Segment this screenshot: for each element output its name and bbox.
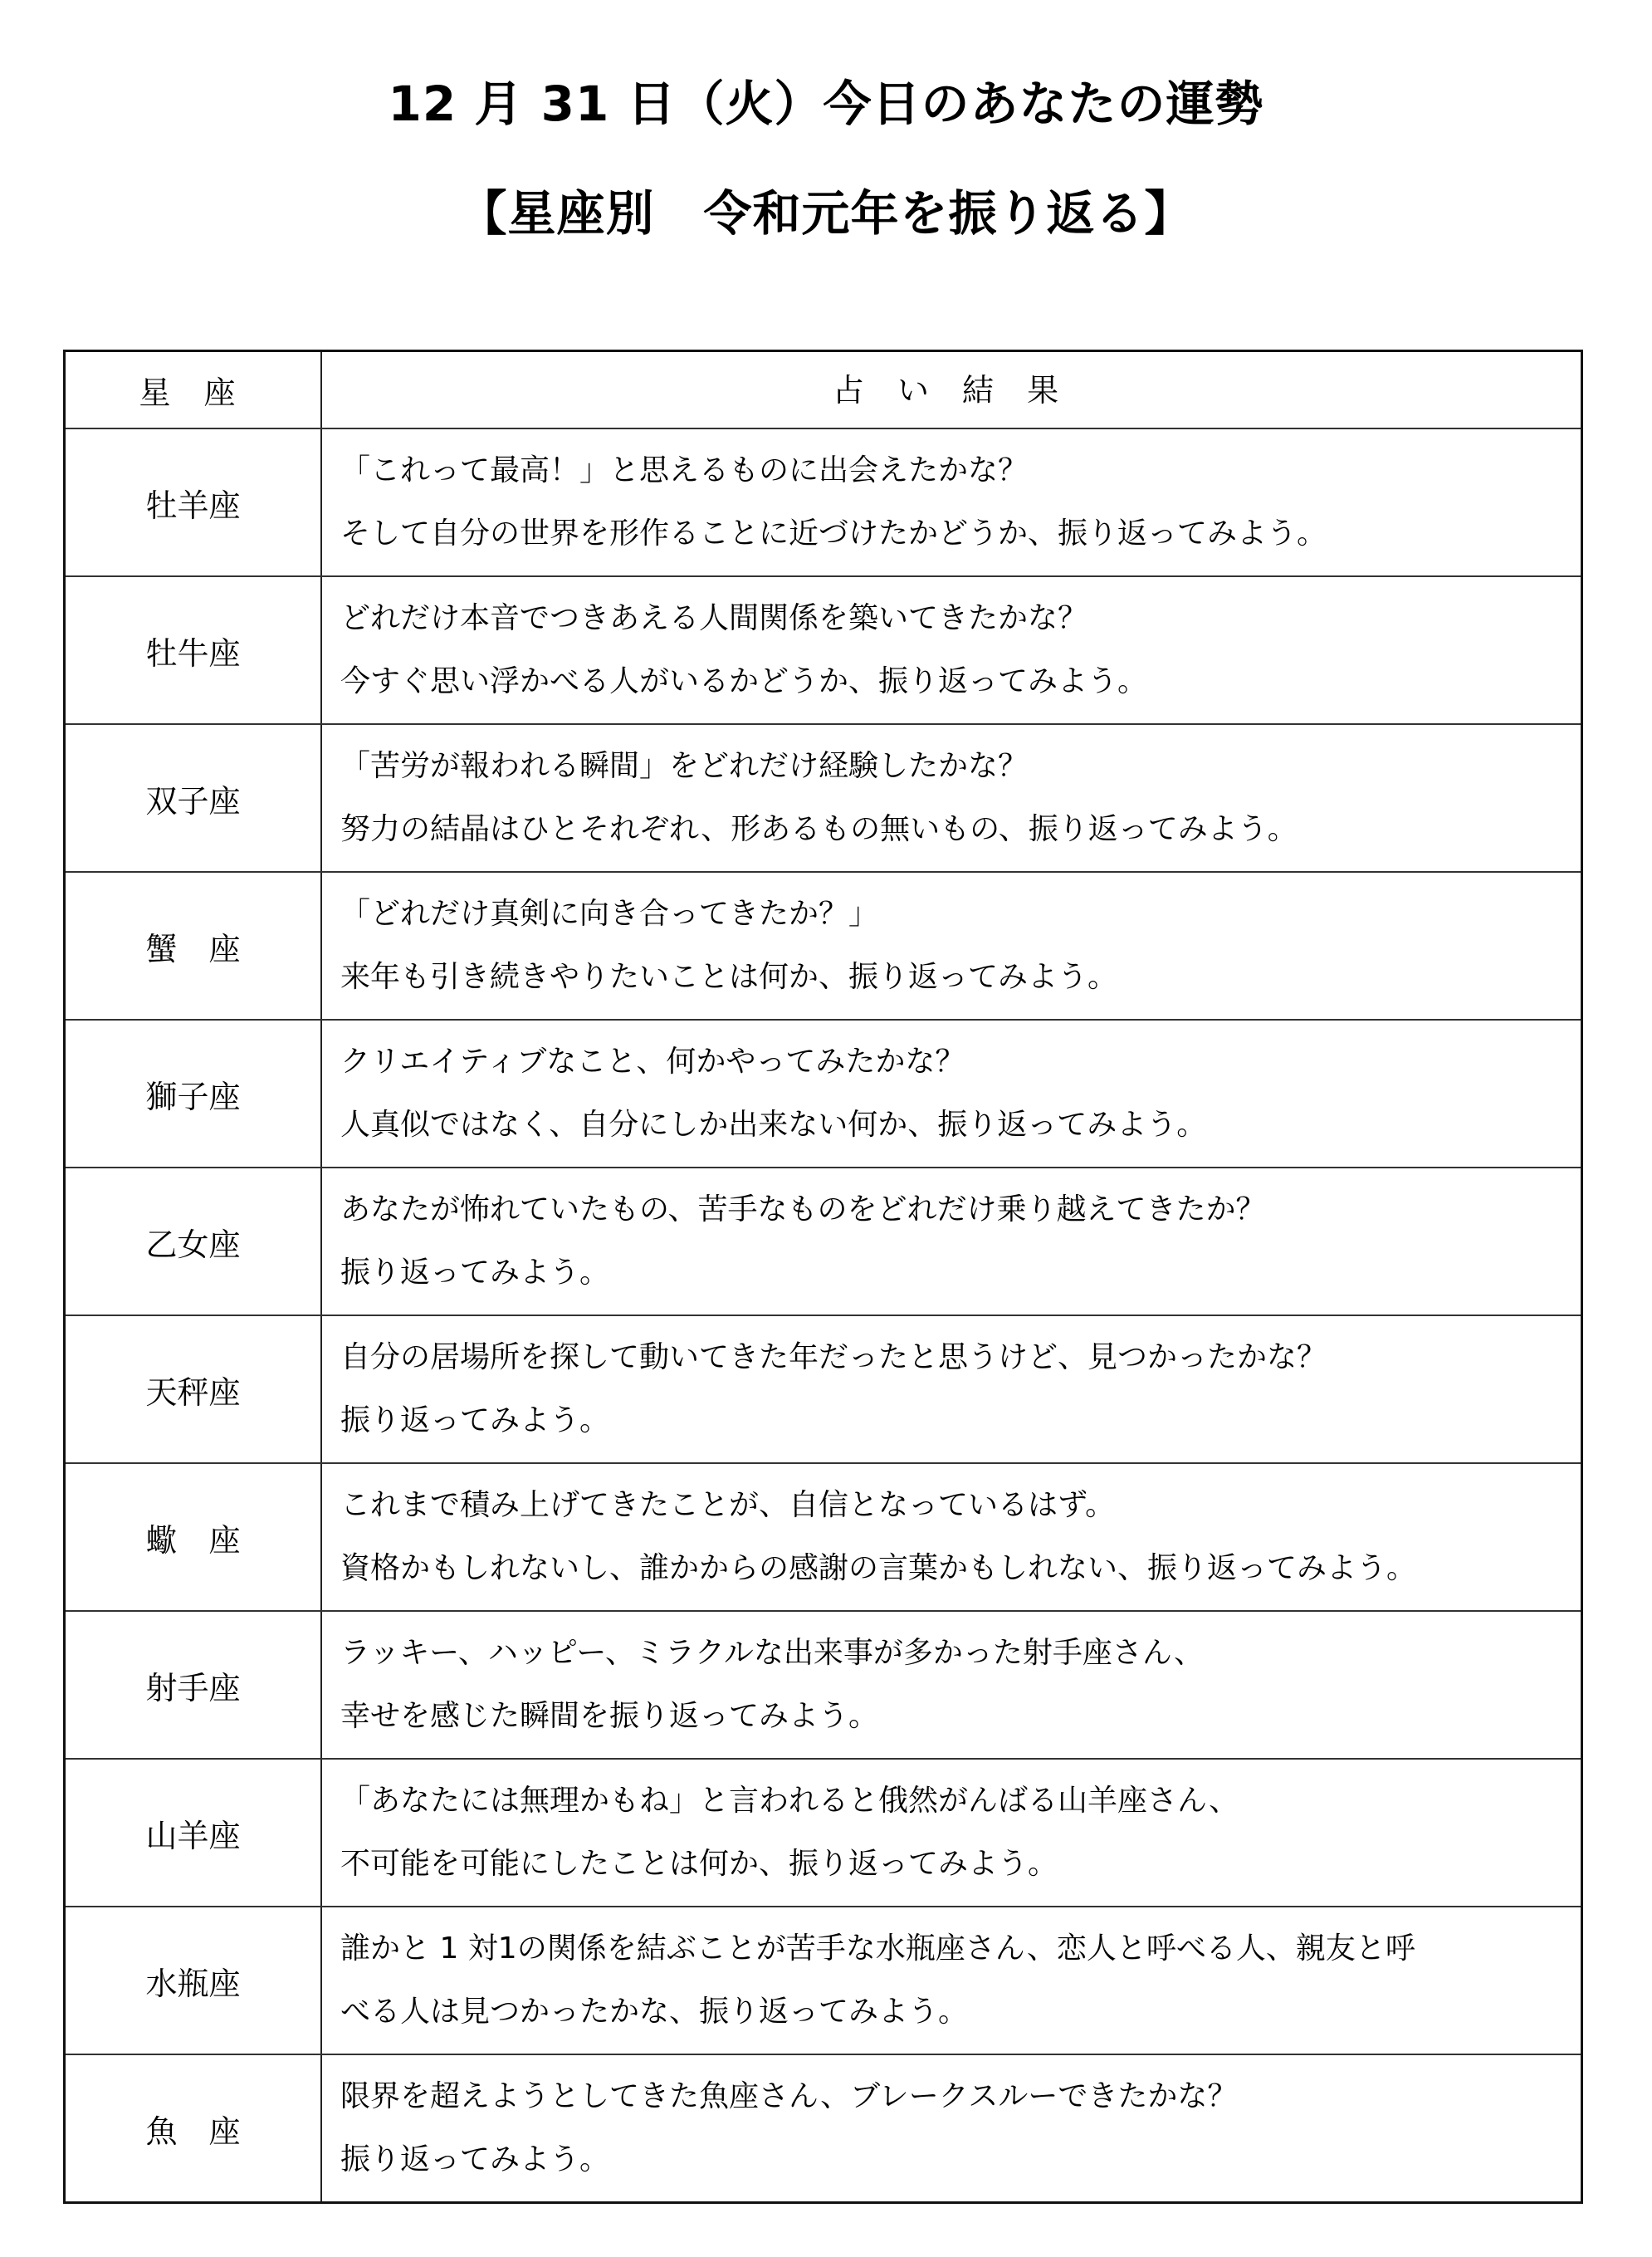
table-row: 牡牛座 どれだけ本音でつきあえる人間関係を築いてきたかな？ 今すぐ思い浮かべる人… — [66, 575, 1581, 723]
result-line: 自分の居場所を探して動いてきた年だったと思うけど、見つかったかな？ — [340, 1326, 1581, 1389]
column-header-sign: 星 座 — [66, 352, 322, 428]
fortune-table: 星 座 占 い 結 果 牡羊座 「これって最高！」と思えるものに出会えたかな？ … — [63, 350, 1583, 2204]
table-row: 天秤座 自分の居場所を探して動いてきた年だったと思うけど、見つかったかな？ 振り… — [66, 1315, 1581, 1462]
result-cell: 「苦労が報われる瞬間」をどれだけ経験したかな？ 努力の結晶はひとそれぞれ、形ある… — [322, 725, 1581, 871]
column-header-result: 占 い 結 果 — [322, 352, 1581, 428]
result-line: 振り返ってみよう。 — [340, 1241, 1581, 1305]
result-line: 資格かもしれないし、誰かからの感謝の言葉かもしれない、振り返ってみよう。 — [340, 1537, 1581, 1600]
table-row: 獅子座 クリエイティブなこと、何かやってみたかな？ 人真似ではなく、自分にしか出… — [66, 1019, 1581, 1167]
table-row: 牡羊座 「これって最高！」と思えるものに出会えたかな？ そして自分の世界を形作る… — [66, 428, 1581, 575]
result-cell: ラッキー、ハッピー、ミラクルな出来事が多かった射手座さん、 幸せを感じた瞬間を振… — [322, 1612, 1581, 1758]
table-row: 水瓶座 誰かと 1 対1の関係を結ぶことが苦手な水瓶座さん、恋人と呼べる人、親友… — [66, 1906, 1581, 2054]
sign-cell: 蟹 座 — [66, 873, 322, 1019]
result-line: 「どれだけ真剣に向き合ってきたか？」 — [340, 883, 1581, 946]
result-line: 「苦労が報われる瞬間」をどれだけ経験したかな？ — [340, 735, 1581, 798]
result-line: 人真似ではなく、自分にしか出来ない何か、振り返ってみよう。 — [340, 1094, 1581, 1157]
sign-cell: 天秤座 — [66, 1316, 322, 1462]
sign-cell: 牡牛座 — [66, 577, 322, 723]
result-line: クリエイティブなこと、何かやってみたかな？ — [340, 1031, 1581, 1094]
result-line: どれだけ本音でつきあえる人間関係を築いてきたかな？ — [340, 587, 1581, 650]
result-cell: クリエイティブなこと、何かやってみたかな？ 人真似ではなく、自分にしか出来ない何… — [322, 1021, 1581, 1167]
result-line: あなたが怖れていたもの、苦手なものをどれだけ乗り越えてきたか？ — [340, 1178, 1581, 1241]
page-subtitle: 【星座別 令和元年を振り返る】 — [0, 176, 1652, 251]
result-line: 幸せを感じた瞬間を振り返ってみよう。 — [340, 1685, 1581, 1748]
table-row: 魚 座 限界を超えようとしてきた魚座さん、ブレークスルーできたかな？ 振り返って… — [66, 2054, 1581, 2201]
result-line: 「これって最高！」と思えるものに出会えたかな？ — [340, 439, 1581, 502]
sign-cell: 水瓶座 — [66, 1907, 322, 2054]
result-line: 限界を超えようとしてきた魚座さん、ブレークスルーできたかな？ — [340, 2065, 1581, 2128]
result-line: 来年も引き続きやりたいことは何か、振り返ってみよう。 — [340, 946, 1581, 1009]
result-cell: 限界を超えようとしてきた魚座さん、ブレークスルーできたかな？ 振り返ってみよう。 — [322, 2055, 1581, 2201]
result-line: 振り返ってみよう。 — [340, 2128, 1581, 2191]
result-cell: 自分の居場所を探して動いてきた年だったと思うけど、見つかったかな？ 振り返ってみ… — [322, 1316, 1581, 1462]
result-cell: 誰かと 1 対1の関係を結ぶことが苦手な水瓶座さん、恋人と呼べる人、親友と呼 べ… — [322, 1907, 1581, 2054]
result-line: 「あなたには無理かもね」と言われると俄然がんばる山羊座さん、 — [340, 1770, 1581, 1833]
sign-cell: 双子座 — [66, 725, 322, 871]
result-line: 振り返ってみよう。 — [340, 1389, 1581, 1452]
result-line: べる人は見つかったかな、振り返ってみよう。 — [340, 1980, 1581, 2044]
result-line: 今すぐ思い浮かべる人がいるかどうか、振り返ってみよう。 — [340, 650, 1581, 713]
sign-cell: 魚 座 — [66, 2055, 322, 2201]
result-line: そして自分の世界を形作ることに近づけたかどうか、振り返ってみよう。 — [340, 502, 1581, 565]
page-title: 12 月 31 日（火）今日のあなたの運勢 — [0, 66, 1652, 141]
result-cell: あなたが怖れていたもの、苦手なものをどれだけ乗り越えてきたか？ 振り返ってみよう… — [322, 1168, 1581, 1315]
sign-cell: 乙女座 — [66, 1168, 322, 1315]
sign-cell: 射手座 — [66, 1612, 322, 1758]
result-line: 努力の結晶はひとそれぞれ、形あるもの無いもの、振り返ってみよう。 — [340, 798, 1581, 861]
result-cell: 「これって最高！」と思えるものに出会えたかな？ そして自分の世界を形作ることに近… — [322, 429, 1581, 575]
sign-cell: 獅子座 — [66, 1021, 322, 1167]
result-cell: これまで積み上げてきたことが、自信となっているはず。 資格かもしれないし、誰かか… — [322, 1464, 1581, 1610]
result-cell: 「どれだけ真剣に向き合ってきたか？」 来年も引き続きやりたいことは何か、振り返っ… — [322, 873, 1581, 1019]
sign-cell: 山羊座 — [66, 1760, 322, 1906]
result-line: ラッキー、ハッピー、ミラクルな出来事が多かった射手座さん、 — [340, 1622, 1581, 1685]
table-row: 乙女座 あなたが怖れていたもの、苦手なものをどれだけ乗り越えてきたか？ 振り返っ… — [66, 1167, 1581, 1315]
table-row: 双子座 「苦労が報われる瞬間」をどれだけ経験したかな？ 努力の結晶はひとそれぞれ… — [66, 723, 1581, 871]
table-row: 山羊座 「あなたには無理かもね」と言われると俄然がんばる山羊座さん、 不可能を可… — [66, 1758, 1581, 1906]
table-row: 射手座 ラッキー、ハッピー、ミラクルな出来事が多かった射手座さん、 幸せを感じた… — [66, 1610, 1581, 1758]
table-header-row: 星 座 占 い 結 果 — [66, 352, 1581, 428]
result-line: 誰かと 1 対1の関係を結ぶことが苦手な水瓶座さん、恋人と呼べる人、親友と呼 — [340, 1917, 1581, 1980]
result-cell: どれだけ本音でつきあえる人間関係を築いてきたかな？ 今すぐ思い浮かべる人がいるか… — [322, 577, 1581, 723]
table-row: 蟹 座 「どれだけ真剣に向き合ってきたか？」 来年も引き続きやりたいことは何か、… — [66, 871, 1581, 1019]
result-line: これまで積み上げてきたことが、自信となっているはず。 — [340, 1474, 1581, 1537]
result-line: 不可能を可能にしたことは何か、振り返ってみよう。 — [340, 1833, 1581, 1896]
result-cell: 「あなたには無理かもね」と言われると俄然がんばる山羊座さん、 不可能を可能にした… — [322, 1760, 1581, 1906]
table-row: 蠍 座 これまで積み上げてきたことが、自信となっているはず。 資格かもしれないし… — [66, 1462, 1581, 1610]
sign-cell: 牡羊座 — [66, 429, 322, 575]
sign-cell: 蠍 座 — [66, 1464, 322, 1610]
